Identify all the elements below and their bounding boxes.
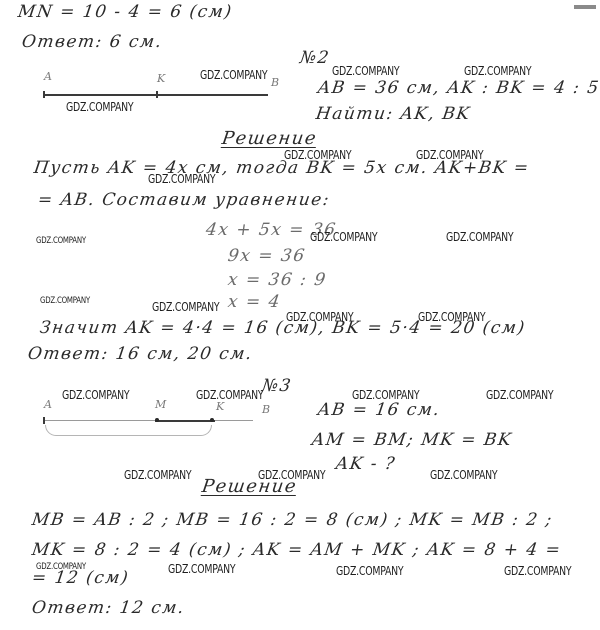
point-k-label: K: [157, 72, 165, 85]
watermark: GDZ.COMPANY: [36, 236, 86, 246]
watermark: GDZ.COMPANY: [200, 68, 267, 82]
brace-ak: [45, 425, 212, 436]
problem2-number: №2: [299, 48, 332, 68]
watermark: GDZ.COMPANY: [66, 100, 133, 114]
equation-2: 9x = 36: [227, 246, 307, 266]
segment-ab: [43, 420, 253, 421]
watermark: GDZ.COMPANY: [258, 468, 325, 482]
watermark: GDZ.COMPANY: [352, 388, 419, 402]
problem3-line-1: MB = AB : 2 ; MB = 16 : 2 = 8 (см) ; MK …: [31, 510, 555, 530]
watermark: GDZ.COMPANY: [124, 468, 191, 482]
watermark: GDZ.COMPANY: [446, 230, 513, 244]
equation-3: x = 36 : 9: [227, 270, 328, 290]
point-b-label: B: [271, 76, 279, 89]
watermark: GDZ.COMPANY: [62, 388, 129, 402]
watermark: GDZ.COMPANY: [430, 468, 497, 482]
problem2-solution-heading: Решение: [221, 128, 319, 149]
point-a-label: A: [44, 70, 52, 83]
problem3-number: №3: [261, 376, 294, 396]
watermark: GDZ.COMPANY: [148, 172, 215, 186]
tick-k: [156, 91, 158, 98]
tick-a: [43, 91, 45, 98]
problem1-answer: Ответ: 6 см.: [21, 32, 164, 52]
problem3-given-1: AB = 16 см.: [317, 400, 442, 420]
point-m-label: M: [155, 398, 166, 411]
problem3-given-3: AK - ?: [335, 454, 397, 474]
watermark: GDZ.COMPANY: [416, 148, 483, 162]
problem1-equation: MN = 10 - 4 = 6 (см): [17, 2, 234, 22]
watermark: GDZ.COMPANY: [486, 388, 553, 402]
point-k: [210, 418, 214, 422]
watermark: GDZ.COMPANY: [332, 64, 399, 78]
tick-a: [43, 417, 45, 424]
equation-4: x = 4: [227, 292, 283, 312]
watermark: GDZ.COMPANY: [286, 310, 353, 324]
point-m: [155, 418, 159, 422]
problem2-line-2: = AB. Составим уравнение:: [37, 190, 332, 210]
problem3-given-2: AM = BM; MK = BK: [311, 430, 514, 450]
problem3-line-2: MK = 8 : 2 = 4 (см) ; AK = AM + MK ; AK …: [31, 540, 563, 560]
problem2-find: Найти: AK, BK: [315, 104, 472, 124]
watermark: GDZ.COMPANY: [36, 562, 86, 572]
point-b-label: B: [262, 403, 270, 416]
homework-page: MN = 10 - 4 = 6 (см) Ответ: 6 см. A K B …: [0, 0, 600, 630]
watermark: GDZ.COMPANY: [464, 64, 531, 78]
problem3-answer: Ответ: 12 см.: [31, 598, 187, 618]
watermark: GDZ.COMPANY: [310, 230, 377, 244]
scan-artifact: [574, 5, 596, 9]
watermark: GDZ.COMPANY: [40, 296, 90, 306]
watermark: GDZ.COMPANY: [284, 148, 351, 162]
watermark: GDZ.COMPANY: [336, 564, 403, 578]
watermark: GDZ.COMPANY: [504, 564, 571, 578]
watermark: GDZ.COMPANY: [168, 562, 235, 576]
point-a-label: A: [44, 398, 52, 411]
watermark: GDZ.COMPANY: [196, 388, 263, 402]
watermark: GDZ.COMPANY: [152, 300, 219, 314]
watermark: GDZ.COMPANY: [418, 310, 485, 324]
segment-mk: [155, 420, 215, 422]
problem2-answer: Ответ: 16 см, 20 см.: [27, 344, 255, 364]
problem2-given: AB = 36 см, AK : BK = 4 : 5: [317, 78, 600, 98]
